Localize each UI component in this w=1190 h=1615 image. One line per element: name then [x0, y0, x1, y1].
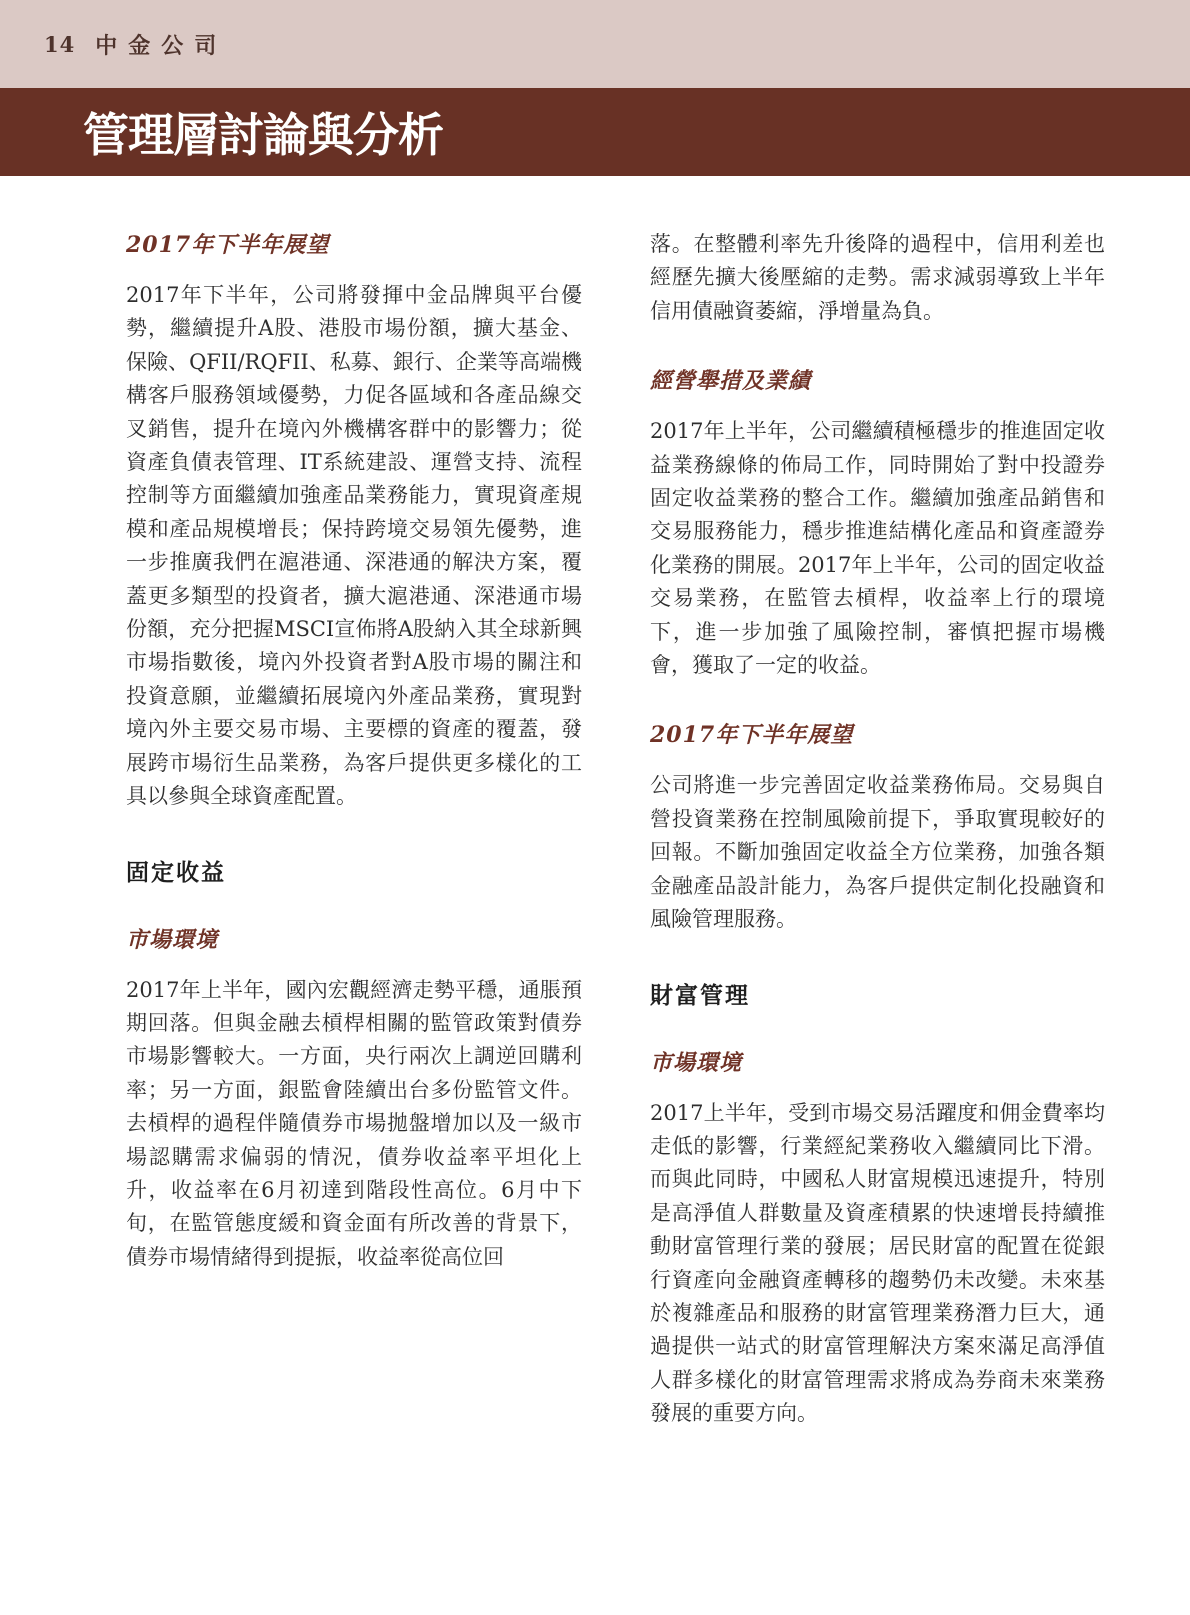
subsection-heading-outlook-h2-2017: 2017年下半年展望 [650, 718, 1105, 749]
paragraph-outlook-body: 公司將進一步完善固定收益業務佈局。交易與自營投資業務在控制風險前提下，爭取實現較… [650, 769, 1105, 936]
section-heading-fixed-income: 固定收益 [126, 854, 582, 887]
document-page: 14 中金公司 管理層討論與分析 2017年下半年展望 2017年下半年，公司將… [0, 0, 1190, 1615]
subsection-heading-outlook-h2-2017: 2017年下半年展望 [126, 228, 582, 259]
company-name: 中金公司 [95, 29, 227, 60]
section-banner-title: 管理層討論與分析 [83, 99, 443, 165]
page-header: 14 中金公司 [0, 0, 1190, 88]
paragraph-market-environment-body: 2017上半年，受到市場交易活躍度和佣金費率均走低的影響，行業經紀業務收入繼續同… [650, 1097, 1105, 1431]
section-heading-wealth-management: 財富管理 [650, 977, 1105, 1010]
paragraph-operations-results-body: 2017年上半年，公司繼續積極穩步的推進固定收益業務線條的佈局工作，同時開始了對… [650, 415, 1105, 682]
page-number: 14 [44, 32, 75, 57]
paragraph-outlook-body: 2017年下半年，公司將發揮中金品牌與平台優勢，繼續提升A股、港股市場份額，擴大… [126, 279, 582, 814]
content-area: 2017年下半年展望 2017年下半年，公司將發揮中金品牌與平台優勢，繼續提升A… [0, 176, 1190, 1431]
paragraph-market-environment-continued: 落。在整體利率先升後降的過程中，信用利差也經歷先擴大後壓縮的走勢。需求減弱導致上… [650, 228, 1105, 328]
paragraph-market-environment-body: 2017年上半年，國內宏觀經濟走勢平穩，通脹預期回落。但與金融去槓桿相關的監管政… [126, 974, 582, 1275]
subsection-heading-market-environment: 市場環境 [126, 923, 582, 954]
right-column: 落。在整體利率先升後降的過程中，信用利差也經歷先擴大後壓縮的走勢。需求減弱導致上… [650, 228, 1105, 1431]
left-column: 2017年下半年展望 2017年下半年，公司將發揮中金品牌與平台優勢，繼續提升A… [126, 228, 582, 1431]
section-banner: 管理層討論與分析 [0, 88, 1190, 176]
subsection-heading-market-environment: 市場環境 [650, 1046, 1105, 1077]
subsection-heading-operations-results: 經營舉措及業績 [650, 364, 1105, 395]
